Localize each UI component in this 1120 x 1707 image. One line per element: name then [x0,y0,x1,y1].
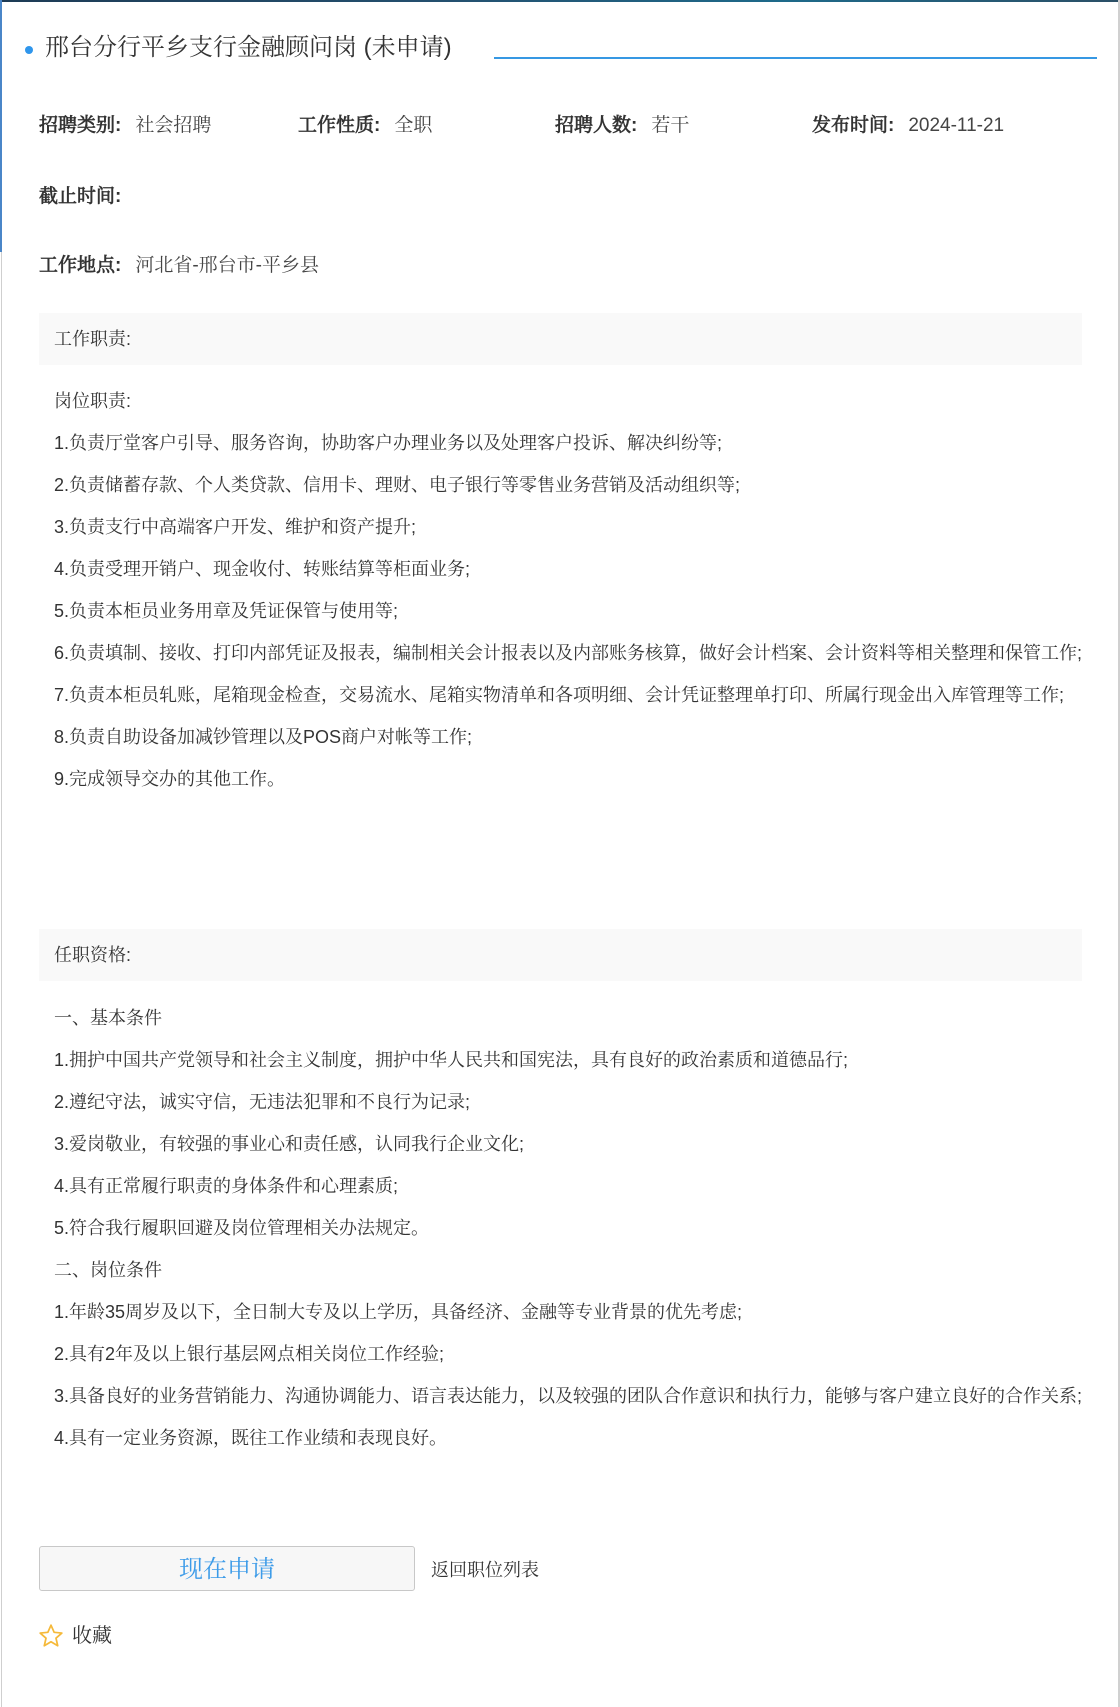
qualifications-line: 1.拥护中国共产党领导和社会主义制度，拥护中华人民共和国宪法，具有良好的政治素质… [54,1039,1084,1081]
qualifications-line: 一、基本条件 [54,997,1084,1039]
nature-label: 工作性质: [298,115,380,136]
duties-body: 岗位职责: 1.负责厅堂客户引导、服务咨询，协助客户办理业务以及处理客户投诉、解… [54,380,1084,800]
back-to-job-list-link[interactable]: 返回职位列表 [431,1557,539,1583]
count-label: 招聘人数: [555,115,637,136]
qualifications-body: 一、基本条件 1.拥护中国共产党领导和社会主义制度，拥护中华人民共和国宪法，具有… [54,997,1084,1459]
location-label: 工作地点: [39,255,121,276]
publish-value: 2024-11-21 [908,115,1004,136]
meta-row-1: 招聘类别:社会招聘 工作性质:全职 招聘人数:若干 发布时间:2024-11-2… [39,111,1099,141]
qualifications-line: 2.遵纪守法，诚实守信，无违法犯罪和不良行为记录; [54,1081,1084,1123]
duties-line: 7.负责本柜员轧账，尾箱现金检查，交易流水、尾箱实物清单和各项明细、会计凭证整理… [54,674,1084,716]
qualifications-line: 3.爱岗敬业，有较强的事业心和责任感，认同我行企业文化; [54,1123,1084,1165]
duties-line: 6.负责填制、接收、打印内部凭证及报表，编制相关会计报表以及内部账务核算，做好会… [54,632,1084,674]
category-label: 招聘类别: [39,115,121,136]
star-outline-icon [38,1623,64,1649]
meta-deadline: 截止时间: [39,182,135,212]
duties-line: 岗位职责: [54,380,1084,422]
title-underline [494,57,1097,59]
duties-line: 1.负责厅堂客户引导、服务咨询，协助客户办理业务以及处理客户投诉、解决纠纷等; [54,422,1084,464]
apply-now-button[interactable]: 现在申请 [39,1546,415,1591]
meta-location: 工作地点:河北省-邢台市-平乡县 [39,251,319,281]
nature-value: 全职 [394,115,432,136]
publish-label: 发布时间: [812,115,894,136]
meta-category: 招聘类别:社会招聘 [39,111,211,141]
category-value: 社会招聘 [135,115,211,136]
qualifications-line: 2.具有2年及以上银行基层网点相关岗位工作经验; [54,1333,1084,1375]
meta-row-3: 工作地点:河北省-邢台市-平乡县 [39,251,1099,281]
job-title-row: 邢台分行平乡支行金融顾问岗 (未申请) [0,30,1118,70]
duties-line: 9.完成领导交办的其他工作。 [54,758,1084,800]
duties-line: 4.负责受理开销户、现金收付、转账结算等柜面业务; [54,548,1084,590]
qualifications-line: 3.具备良好的业务营销能力、沟通协调能力、语言表达能力，以及较强的团队合作意识和… [54,1375,1084,1417]
qualifications-line: 4.具有正常履行职责的身体条件和心理素质; [54,1165,1084,1207]
job-detail-page: 邢台分行平乡支行金融顾问岗 (未申请) 招聘类别:社会招聘 工作性质:全职 招聘… [0,0,1118,1707]
duties-line: 8.负责自助设备加减钞管理以及POS商户对帐等工作; [54,716,1084,758]
qualifications-line: 4.具有一定业务资源，既往工作业绩和表现良好。 [54,1417,1084,1459]
qualifications-line: 1.年龄35周岁及以下，全日制大专及以上学历，具备经济、金融等专业背景的优先考虑… [54,1291,1084,1333]
count-value: 若干 [651,115,689,136]
bullet-dot-icon [25,46,33,54]
meta-count: 招聘人数:若干 [555,111,689,141]
meta-publish-date: 发布时间:2024-11-21 [812,111,1004,141]
duties-line: 5.负责本柜员业务用章及凭证保管与使用等; [54,590,1084,632]
favorite-label: 收藏 [72,1621,112,1651]
qualifications-section-header: 任职资格: [39,929,1082,981]
location-value: 河北省-邢台市-平乡县 [135,255,319,276]
duties-line: 3.负责支行中高端客户开发、维护和资产提升; [54,506,1084,548]
deadline-label: 截止时间: [39,186,121,207]
meta-row-2: 截止时间: [39,182,1099,212]
meta-nature: 工作性质:全职 [298,111,432,141]
qualifications-header-label: 任职资格: [54,929,131,981]
duties-header-label: 工作职责: [54,313,131,365]
qualifications-line: 5.符合我行履职回避及岗位管理相关办法规定。 [54,1207,1084,1249]
qualifications-line: 二、岗位条件 [54,1249,1084,1291]
duties-line: 2.负责储蓄存款、个人类贷款、信用卡、理财、电子银行等零售业务营销及活动组织等; [54,464,1084,506]
duties-section-header: 工作职责: [39,313,1082,365]
job-title: 邢台分行平乡支行金融顾问岗 (未申请) [45,32,452,64]
